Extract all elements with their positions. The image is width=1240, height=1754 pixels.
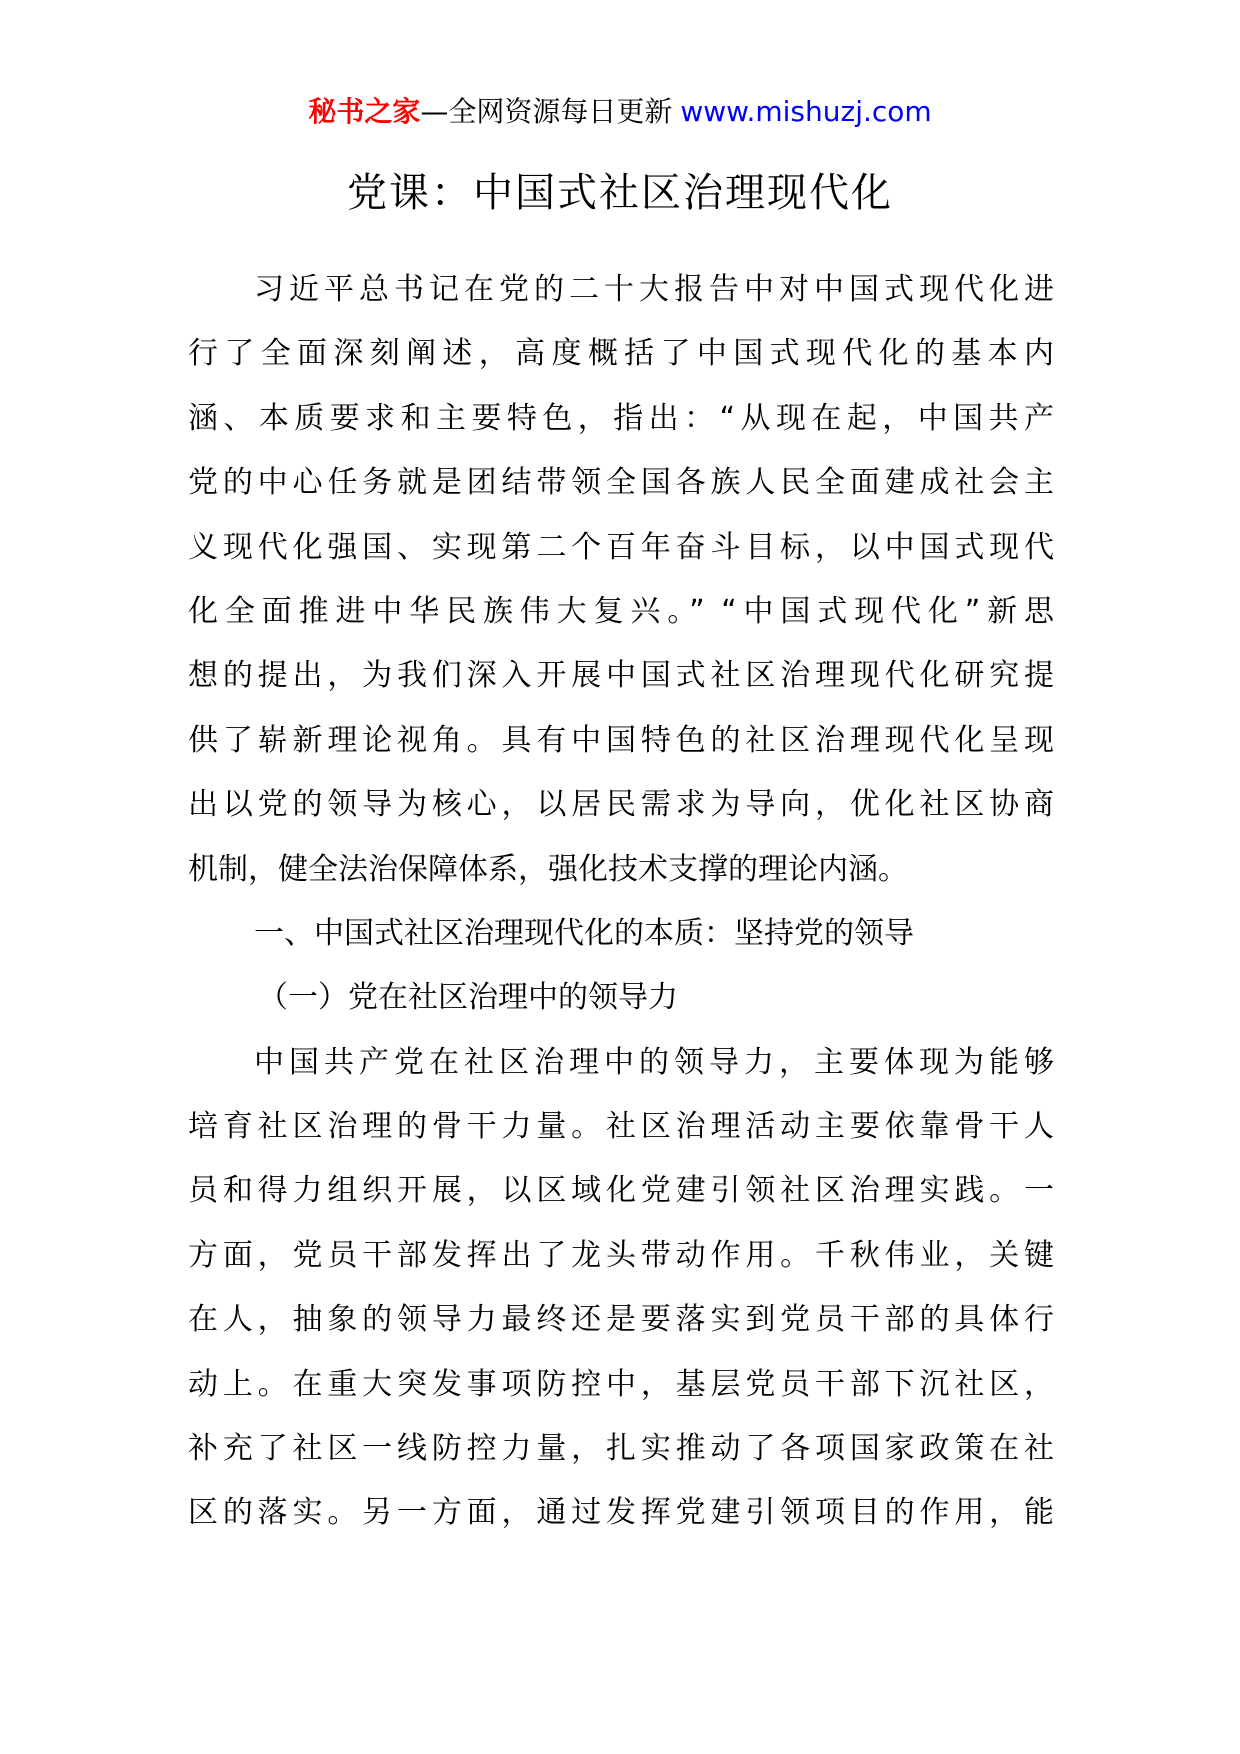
paragraph-line: 培育社区治理的骨干力量。社区治理活动主要依靠骨干人 bbox=[188, 1095, 1054, 1159]
banner-brand: 秘书之家 bbox=[308, 95, 420, 128]
paragraph-line: 供了崭新理论视角。具有中国特色的社区治理现代化呈现 bbox=[188, 709, 1054, 773]
document-title: 党课：中国式社区治理现代化 bbox=[0, 165, 1240, 221]
subsection-heading: （一）党在社区治理中的领导力 bbox=[188, 966, 1054, 1030]
paragraph-line: 出以党的领导为核心，以居民需求为导向，优化社区协商 bbox=[188, 773, 1054, 837]
paragraph-line: 想的提出，为我们深入开展中国式社区治理现代化研究提 bbox=[188, 644, 1054, 708]
paragraph-line: 方面，党员干部发挥出了龙头带动作用。千秋伟业，关键 bbox=[188, 1224, 1054, 1288]
paragraph-line: 义现代化强国、实现第二个百年奋斗目标，以中国式现代 bbox=[188, 516, 1054, 580]
site-banner: 秘书之家—全网资源每日更新www.mishuzj.com bbox=[0, 92, 1240, 132]
paragraph-line: 补充了社区一线防控力量，扎实推动了各项国家政策在社 bbox=[188, 1417, 1054, 1481]
paragraph-line: 行了全面深刻阐述，高度概括了中国式现代化的基本内 bbox=[188, 322, 1054, 386]
paragraph-line: 动上。在重大突发事项防控中，基层党员干部下沉社区， bbox=[188, 1353, 1054, 1417]
document-body: 习近平总书记在党的二十大报告中对中国式现代化进 行了全面深刻阐述，高度概括了中国… bbox=[188, 258, 1054, 1546]
paragraph-line: 员和得力组织开展，以区域化党建引领社区治理实践。一 bbox=[188, 1159, 1054, 1223]
paragraph-line: 党的中心任务就是团结带领全国各族人民全面建成社会主 bbox=[188, 451, 1054, 515]
paragraph-line: 化全面推进中华民族伟大复兴。” “中国式现代化”新思 bbox=[188, 580, 1054, 644]
banner-url-link[interactable]: www.mishuzj.com bbox=[680, 95, 931, 128]
banner-slogan: —全网资源每日更新 bbox=[420, 95, 672, 128]
paragraph-line: 在人，抽象的领导力最终还是要落实到党员干部的具体行 bbox=[188, 1288, 1054, 1352]
paragraph-line: 习近平总书记在党的二十大报告中对中国式现代化进 bbox=[188, 258, 1054, 322]
paragraph-line: 机制，健全法治保障体系，强化技术支撑的理论内涵。 bbox=[188, 838, 1054, 902]
section-heading: 一、中国式社区治理现代化的本质：坚持党的领导 bbox=[188, 902, 1054, 966]
paragraph-line: 涵、本质要求和主要特色，指出：“从现在起，中国共产 bbox=[188, 387, 1054, 451]
paragraph-line: 中国共产党在社区治理中的领导力，主要体现为能够 bbox=[188, 1031, 1054, 1095]
paragraph-line: 区的落实。另一方面，通过发挥党建引领项目的作用，能 bbox=[188, 1481, 1054, 1545]
